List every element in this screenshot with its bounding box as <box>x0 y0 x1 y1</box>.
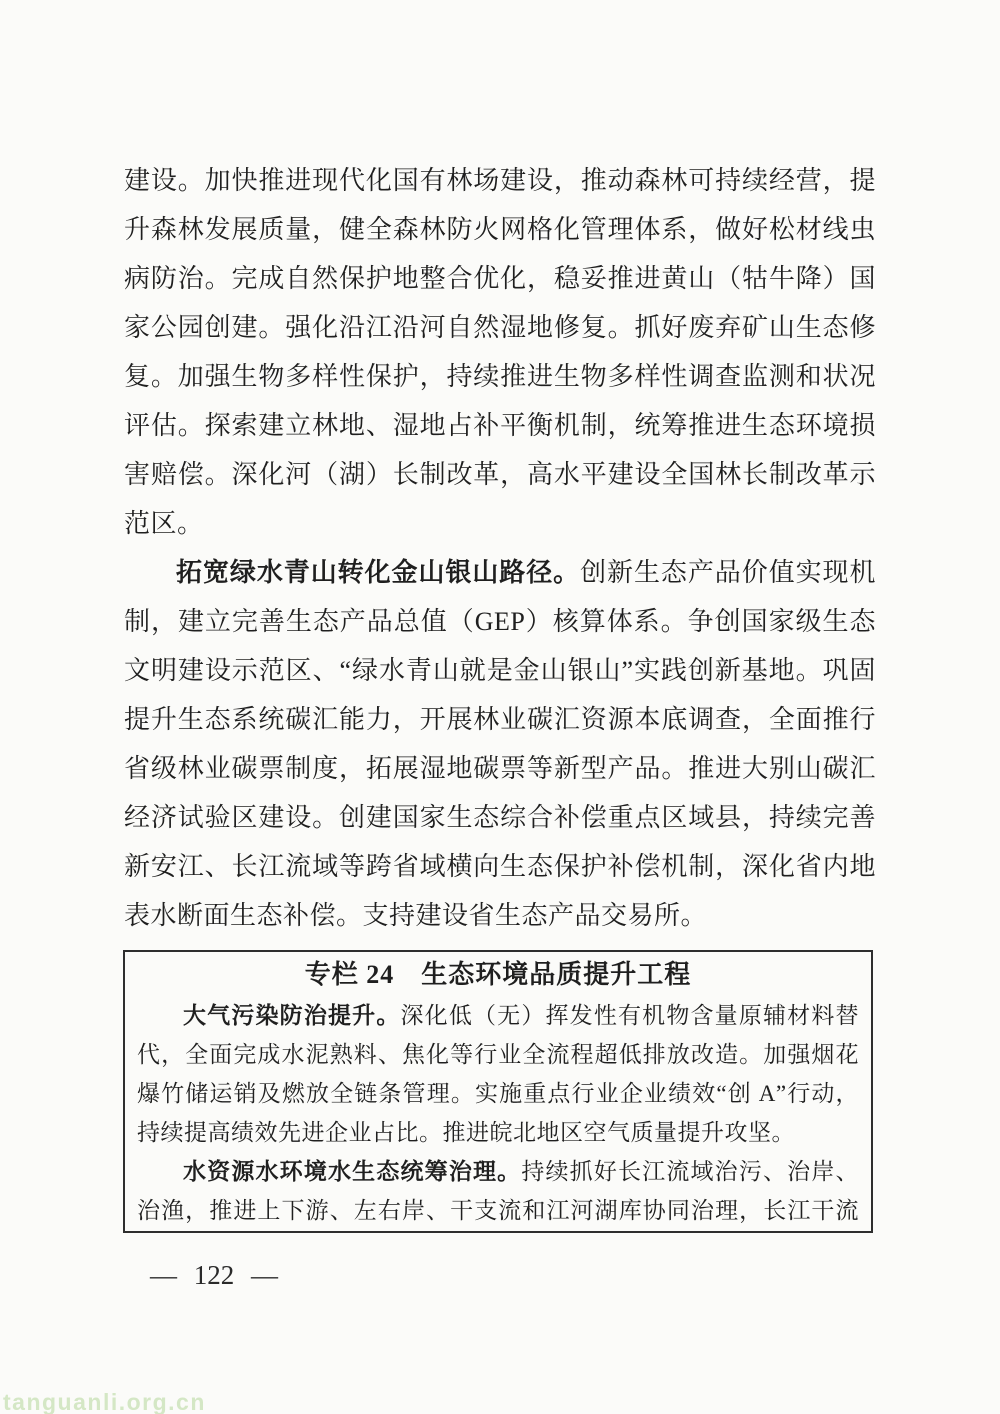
document-page: 建设。加快推进现代化国有林场建设，推动森林可持续经营，提升森林发展质量，健全森林… <box>0 0 1000 1414</box>
callout-paragraph-lead: 大气污染防治提升。 <box>183 1003 401 1028</box>
callout-box: 专栏 24 生态环境品质提升工程 大气污染防治提升。深化低（无）挥发性有机物含量… <box>123 950 873 1233</box>
body-text: 建设。加快推进现代化国有林场建设，推动森林可持续经营，提升森林发展质量，健全森林… <box>124 156 876 940</box>
watermark: tanguanli.org.cn <box>3 1389 206 1414</box>
page-number: — 122 — <box>150 1258 278 1292</box>
callout-title: 专栏 24 生态环境品质提升工程 <box>137 954 859 996</box>
callout-paragraph-lead: 水资源水环境水生态统筹治理。 <box>183 1159 521 1184</box>
paragraph-text: 建设。加快推进现代化国有林场建设，推动森林可持续经营，提升森林发展质量，健全森林… <box>124 166 876 538</box>
body-paragraph: 拓宽绿水青山转化金山银山路径。创新生态产品价值实现机制，建立完善生态产品总值（G… <box>124 548 876 940</box>
callout-paragraph: 水资源水环境水生态统筹治理。持续抓好长江流域治污、治岸、治渔，推进上下游、左右岸… <box>137 1152 859 1233</box>
paragraph-lead: 拓宽绿水青山转化金山银山路径。 <box>176 558 580 587</box>
body-paragraph-continued: 建设。加快推进现代化国有林场建设，推动森林可持续经营，提升森林发展质量，健全森林… <box>124 156 876 548</box>
paragraph-text: 创新生态产品价值实现机制，建立完善生态产品总值（GEP）核算体系。争创国家级生态… <box>124 558 876 930</box>
callout-paragraph: 大气污染防治提升。深化低（无）挥发性有机物含量原辅材料替代，全面完成水泥熟料、焦… <box>137 996 859 1152</box>
